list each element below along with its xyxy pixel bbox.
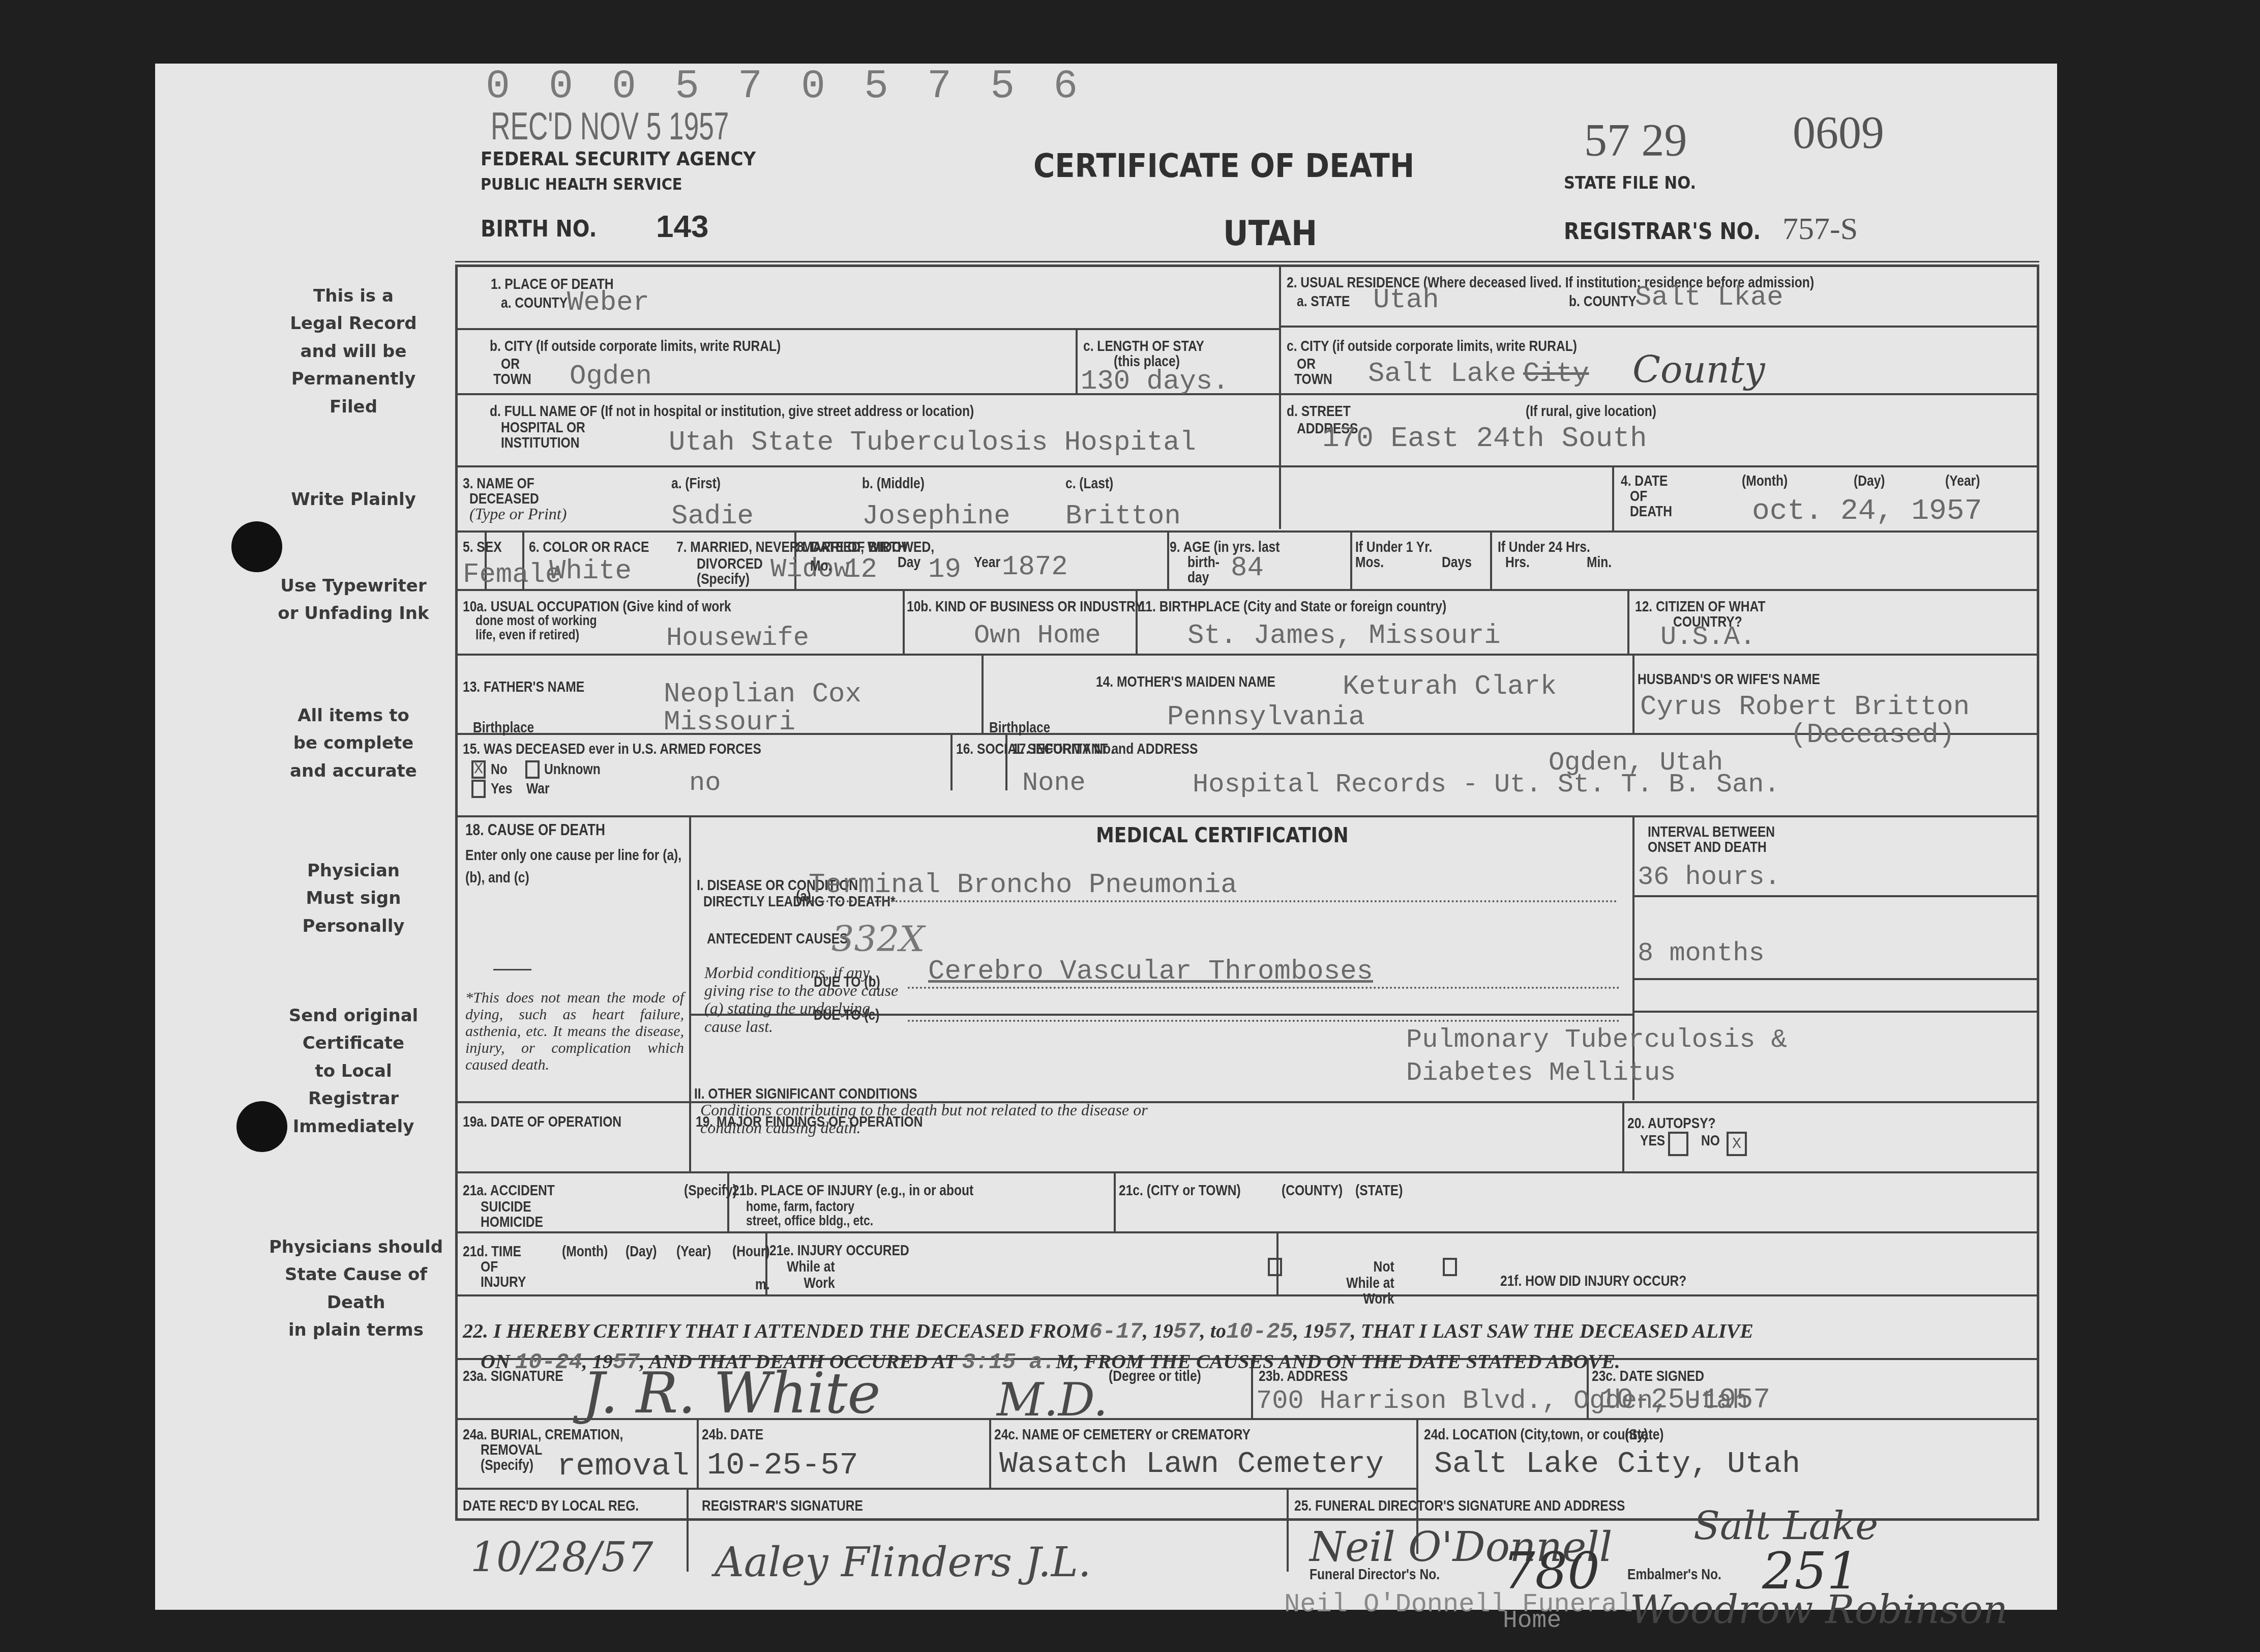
icd-code: 332X (831, 918, 925, 960)
last-name-value: Britton (1065, 501, 1181, 532)
divider (455, 815, 2039, 817)
sex-value: Female (463, 559, 561, 591)
note-plain-terms: Physicians should State Cause of Death i… (264, 1233, 448, 1344)
place-of-injury-label: 21b. PLACE OF INJURY (e.g., in or about (732, 1183, 973, 1199)
date-signed-label: 23c. DATE SIGNED (1592, 1368, 1704, 1384)
last-name-label: c. (Last) (1065, 476, 1113, 492)
business-label: 10b. KIND OF BUSINESS OR INDUSTRY (907, 599, 1143, 615)
cause-b-value: Cerebro Vascular Thromboses (928, 956, 1373, 987)
physician-degree: M.D. (997, 1373, 1108, 1427)
informant-label: 17. INFORMANT and ADDRESS (1012, 741, 1198, 757)
pod-county-value: Weber (567, 287, 649, 318)
divider (455, 393, 2039, 395)
time-of-injury-label-3: INJURY (481, 1274, 526, 1290)
race-value: White (549, 556, 632, 587)
divider (1632, 654, 1634, 734)
burial-method-label-2: REMOVAL (481, 1442, 542, 1458)
length-of-stay-label: c. LENGTH OF STAY (1083, 338, 1204, 355)
degree-label: (Degree or title) (1109, 1368, 1201, 1384)
pod-county-label: a. COUNTY (501, 295, 568, 311)
res-county-label: b. COUNTY (1569, 293, 1637, 310)
note-physician-sign: Physician Must sign Personally (277, 857, 430, 940)
dob-year-value: 1872 (1002, 552, 1068, 583)
divider (455, 465, 2039, 467)
cemetery-label: 24c. NAME OF CEMETERY or CREMATORY (994, 1427, 1251, 1443)
burial-date-value: 10-25-57 (707, 1447, 858, 1483)
burial-method-value: removal (557, 1448, 689, 1484)
cause-b-line (908, 987, 1620, 989)
pod-city-label: b. CITY (If outside corporate limits, wr… (490, 338, 781, 355)
divider (1632, 815, 1634, 1100)
dod-label-3: DEATH (1630, 504, 1672, 520)
interval-b-value: 8 months (1638, 938, 1765, 968)
burial-date-label: 24b. DATE (702, 1427, 763, 1443)
specify-label: (Specify) (684, 1183, 737, 1199)
dob-mo-label: Mo. (810, 558, 831, 574)
autopsy-no-checkbox[interactable]: X (1727, 1132, 1747, 1156)
separator (493, 969, 531, 970)
citizen-label: 12. CITIZEN OF WHAT (1635, 599, 1765, 615)
dod-month-label: (Month) (1742, 473, 1788, 489)
divider (455, 654, 2039, 656)
divider (1632, 978, 2039, 980)
signature-label: 23a. SIGNATURE (463, 1368, 563, 1384)
antecedent-label: ANTECEDENT CAUSES (707, 931, 848, 947)
father-value: Neoplian Cox (664, 679, 861, 710)
injury-day-label: (Day) (626, 1244, 657, 1260)
armed-forces-yes-checkbox[interactable] (471, 780, 486, 798)
armed-forces-yes-label: Yes (491, 781, 512, 797)
res-city-label: c. CITY (if outside corporate limits, wr… (1287, 338, 1577, 355)
state-name: UTAH (1223, 214, 1317, 254)
certify-line-1: 22. I HEREBY CERTIFY THAT I ATTENDED THE… (463, 1320, 1753, 1344)
spouse-value: Cyrus Robert Britton (1640, 692, 1970, 723)
injury-city-label: 21c. (CITY or TOWN) (1119, 1183, 1241, 1199)
divider (455, 261, 2039, 262)
divider (455, 1171, 2039, 1173)
divider (903, 589, 905, 654)
res-city-value: Salt Lake (1368, 359, 1516, 390)
first-name-label: a. (First) (671, 476, 721, 492)
res-town-label: TOWN (1294, 371, 1332, 388)
armed-forces-war-label: War (526, 781, 550, 797)
length-of-stay-value: 130 days. (1081, 366, 1229, 397)
divider (1622, 1101, 1624, 1172)
registrar-no-label: REGISTRAR'S NO. (1564, 219, 1761, 245)
burial-method-label: 24a. BURIAL, CREMATION, (463, 1427, 623, 1443)
dob-year-label: Year (974, 554, 1000, 571)
registrar-no: 757-S (1782, 211, 1858, 247)
res-street-value: 170 East 24th South (1322, 422, 1647, 455)
cause-of-death-label: 18. CAUSE OF DEATH (465, 821, 605, 839)
funeral-director-label: 25. FUNERAL DIRECTOR'S SIGNATURE AND ADD… (1294, 1498, 1625, 1514)
res-state-label: a. STATE (1297, 293, 1350, 310)
divider (697, 1418, 699, 1488)
medical-certification-title: MEDICAL CERTIFICATION (1096, 824, 1349, 847)
embalmer-no-label: Embalmer's No. (1627, 1567, 1721, 1583)
divider (1279, 264, 1281, 529)
location-value: Salt Lake City, Utah (1434, 1447, 1800, 1482)
cause-a-line (806, 900, 1617, 902)
cemetery-value: Wasatch Lawn Cemetery (999, 1447, 1384, 1482)
mother-label: 14. MOTHER'S MAIDEN NAME (1096, 674, 1275, 690)
embalmer-signature: Woodrow Robinson (1630, 1587, 2008, 1632)
divider (1632, 895, 2039, 897)
father-label: 13. FATHER'S NAME (463, 679, 584, 695)
spouse-label: HUSBAND'S OR WIFE'S NAME (1638, 671, 1820, 688)
service-name: PUBLIC HEALTH SERVICE (481, 174, 682, 194)
divider (1076, 328, 1078, 394)
father-birthplace-label: Birthplace (473, 720, 534, 736)
injury-occured-label: 21e. INJURY OCCURED (769, 1243, 909, 1259)
under-24hrs-hrs: Hrs. (1505, 554, 1530, 571)
divider (455, 1488, 1416, 1490)
divider (455, 328, 1279, 330)
divider (1350, 530, 1352, 589)
interval-label-2: ONSET AND DEATH (1648, 839, 1767, 855)
accident-label: 21a. ACCIDENT (463, 1183, 555, 1199)
other-condition-2: Diabetes Mellitus (1406, 1058, 1676, 1088)
interval-a-value: 36 hours. (1638, 862, 1780, 892)
ssn-value: None (1022, 768, 1086, 798)
cause-a-value: Terminal Broncho Pneumonia (809, 870, 1237, 901)
res-street-hint: (If rural, give location) (1526, 403, 1656, 420)
occupation-label-3: life, even if retired) (475, 627, 579, 642)
state-file-label: STATE FILE NO. (1564, 173, 1696, 193)
divider (1490, 530, 1492, 589)
address-label: 23b. ADDRESS (1259, 1368, 1348, 1384)
father-birthplace-value: Missouri (664, 707, 795, 738)
injury-hour-label: (Hour) (732, 1244, 770, 1260)
funeral-director-no-label: Funeral Director's No. (1310, 1567, 1440, 1583)
location-label: 24d. LOCATION (City,town, or county) (1424, 1427, 1648, 1443)
birthplace-label: 11. BIRTHPLACE (City and State or foreig… (1139, 599, 1446, 615)
dod-label: 4. DATE (1621, 473, 1668, 489)
under-24hrs-label: If Under 24 Hrs. (1498, 539, 1590, 555)
cause-c-line (908, 1020, 1620, 1022)
sex-label: 5. SEX (463, 539, 502, 555)
birth-no-label: BIRTH NO. (481, 216, 597, 242)
autopsy-label: 20. AUTOPSY? (1627, 1115, 1716, 1132)
occupation-label-2: done most of working (475, 613, 597, 628)
injury-m-label: m. (755, 1277, 770, 1293)
registrar-signature: Aaley Flinders J.L. (715, 1539, 1091, 1586)
autopsy-yes-label: YES (1640, 1133, 1665, 1149)
not-while-at-work-label: Not While at Work (1340, 1259, 1394, 1307)
armed-forces-unknown-label: Unknown (544, 761, 601, 778)
other-conditions-label: II. OTHER SIGNIFICANT CONDITIONS (694, 1086, 917, 1102)
birthplace-value: St. James, Missouri (1187, 621, 1501, 652)
armed-forces-no-checkbox[interactable]: X (471, 760, 486, 779)
punch-hole (236, 1101, 287, 1152)
hospital-label: d. FULL NAME OF (If not in hospital or i… (490, 403, 974, 420)
punch-hole (231, 521, 282, 572)
pod-or-label: OR (501, 356, 520, 372)
physician-signature: J. R. White (582, 1361, 881, 1426)
res-city-handwritten: County (1632, 348, 1765, 391)
suicide-label: SUICIDE (481, 1199, 531, 1215)
note-legal-record: This is a Legal Record and will be Perma… (277, 282, 430, 421)
age-label-2: birth- (1187, 554, 1220, 571)
received-stamp: REC'D NOV 5 1957 (491, 104, 729, 149)
race-label: 6. COLOR OR RACE (529, 539, 649, 555)
date-signed-value: 10-25-1957 (1599, 1383, 1770, 1416)
while-at-work-checkbox[interactable] (1268, 1258, 1282, 1276)
divider (982, 654, 984, 734)
state-file-no: 57 29 (1584, 114, 1687, 167)
age-label-3: day (1187, 570, 1209, 586)
note-complete: All items to be complete and accurate (277, 702, 430, 785)
funeral-home-typed-2: Home (1503, 1607, 1561, 1635)
armed-forces-value: no (689, 768, 721, 798)
note-write-plainly: Write Plainly (277, 486, 430, 513)
divider (1167, 530, 1169, 589)
time-of-injury-label-2: OF (481, 1259, 498, 1275)
hospital-label-3: INSTITUTION (501, 435, 579, 451)
dod-year-label: (Year) (1945, 473, 1980, 489)
res-county-value: Salt Lkae (1635, 282, 1783, 313)
dob-mo-value: 12 (844, 554, 877, 585)
not-while-at-work-checkbox[interactable] (1443, 1258, 1457, 1276)
divider (1114, 1171, 1116, 1232)
burial-method-label-3: (Specify) (481, 1457, 533, 1473)
divider (455, 1231, 2039, 1233)
pod-city-value: Ogden (570, 361, 652, 392)
age-value: 84 (1231, 553, 1264, 584)
due-to-c-label: DUE TO (c) (814, 1007, 879, 1023)
interval-label: INTERVAL BETWEEN (1648, 824, 1775, 840)
citizen-value: U.S.A. (1660, 622, 1756, 652)
certificate-title: CERTIFICATE OF DEATH (1033, 147, 1414, 185)
while-at-work-label: While at Work (781, 1259, 835, 1291)
autopsy-yes-checkbox[interactable] (1668, 1132, 1688, 1156)
under-24hrs-min: Min. (1587, 554, 1612, 571)
under-1yr-mos: Mos. (1355, 554, 1384, 571)
pod-town-label: TOWN (493, 371, 531, 388)
injury-state-label: (STATE) (1355, 1183, 1403, 1199)
name-label: 3. NAME OF (463, 476, 534, 492)
note-send-original: Send original Certificate to Local Regis… (277, 1002, 430, 1140)
divider (687, 1488, 689, 1572)
cause-footnote: *This does not mean the mode of dying, s… (465, 989, 684, 1073)
how-injury-label: 21f. HOW DID INJURY OCCUR? (1500, 1273, 1686, 1289)
birth-no: 143 (656, 209, 708, 245)
mother-value: Keturah Clark (1343, 671, 1557, 702)
funeral-home-typed: Neil O'Donnell Funeral (1284, 1589, 1633, 1619)
autopsy-no-label: NO (1701, 1133, 1720, 1149)
mother-birthplace-value: Pennsylvania (1167, 702, 1365, 733)
due-to-b-label: DUE TO (b) (814, 974, 880, 990)
divider (1287, 1488, 1289, 1572)
divider (950, 733, 953, 790)
armed-forces-unknown-checkbox[interactable] (525, 760, 540, 779)
place-of-injury-label-3: street, office bldg., etc. (746, 1213, 873, 1228)
armed-forces-no-label: No (491, 761, 508, 778)
divider (455, 1101, 2039, 1103)
operation-findings-label: 19. MAJOR FINDINGS OF OPERATION (696, 1114, 923, 1130)
divider (1627, 589, 1629, 654)
under-1yr-label: If Under 1 Yr. (1355, 539, 1432, 555)
divider (1279, 326, 2039, 328)
middle-name-value: Josephine (862, 501, 1010, 532)
divider (455, 589, 2039, 591)
divider (1612, 465, 1614, 532)
cause-instructions: Enter only one cause per line for (a), (… (465, 844, 682, 889)
res-or-label: OR (1297, 356, 1316, 372)
first-name-value: Sadie (671, 501, 754, 532)
hospital-label-2: HOSPITAL OR (501, 420, 585, 436)
local-reg-date-value: 10/28/57 (470, 1533, 653, 1581)
location-state-label: (State) (1625, 1427, 1664, 1443)
dod-label-2: OF (1630, 488, 1647, 505)
informant-value: Hospital Records - Ut. St. T. B. San. (1193, 770, 1780, 800)
divider (689, 1101, 691, 1172)
spouse-note: (Deceased) (1790, 720, 1955, 751)
res-street-label: d. STREET (1287, 403, 1351, 420)
divider (1632, 1011, 2039, 1013)
injury-county-label: (COUNTY) (1282, 1183, 1343, 1199)
business-value: Own Home (974, 621, 1101, 651)
hospital-value: Utah State Tuberculosis Hospital (669, 427, 1196, 458)
middle-name-label: b. (Middle) (862, 476, 925, 492)
place-of-injury-label-2: home, farm, factory (746, 1199, 854, 1214)
death-certificate-page: 0 0 0 5 7 0 5 7 5 6 REC'D NOV 5 1957 FED… (155, 64, 2057, 1610)
state-file-no-suffix: 0609 (1793, 107, 1884, 159)
agency-name: FEDERAL SECURITY AGENCY (481, 147, 756, 170)
under-1yr-days: Days (1442, 554, 1472, 571)
registrar-signature-label: REGISTRAR'S SIGNATURE (702, 1498, 863, 1514)
occupation-value: Housewife (666, 623, 809, 653)
dob-day-label: Day (898, 554, 920, 571)
injury-year-label: (Year) (676, 1244, 711, 1260)
res-state-value: Utah (1373, 285, 1439, 316)
armed-forces-label: 15. WAS DECEASED ever in U.S. ARMED FORC… (463, 741, 761, 757)
dod-value: oct. 24, 1957 (1752, 495, 1982, 528)
divider (1416, 1418, 1418, 1488)
divider (989, 1418, 991, 1488)
divider (455, 1294, 2039, 1296)
mother-birthplace-label: Birthplace (989, 720, 1050, 736)
divider (727, 1171, 729, 1232)
injury-month-label: (Month) (562, 1244, 608, 1260)
dob-label: 8. DATE OF BIRTH (797, 539, 906, 555)
local-reg-date-label: DATE REC'D BY LOCAL REG. (463, 1498, 639, 1514)
note-typewriter: Use Typewriter or Unfading Ink (277, 572, 430, 628)
time-of-injury-label: 21d. TIME (463, 1244, 521, 1260)
marital-label-3: (Specify) (697, 571, 750, 587)
name-label-3: (Type or Print) (469, 505, 567, 523)
res-city-struck: City (1523, 359, 1589, 390)
dod-day-label: (Day) (1854, 473, 1885, 489)
homicide-label: HOMICIDE (481, 1214, 543, 1230)
serial-number: 0 0 0 5 7 0 5 7 5 6 (486, 64, 1085, 110)
operation-date-label: 19a. DATE OF OPERATION (463, 1114, 621, 1130)
dob-day-value: 19 (928, 554, 961, 585)
marital-label-2: DIVORCED (697, 556, 763, 572)
other-condition-1: Pulmonary Tuberculosis & (1406, 1025, 1787, 1055)
